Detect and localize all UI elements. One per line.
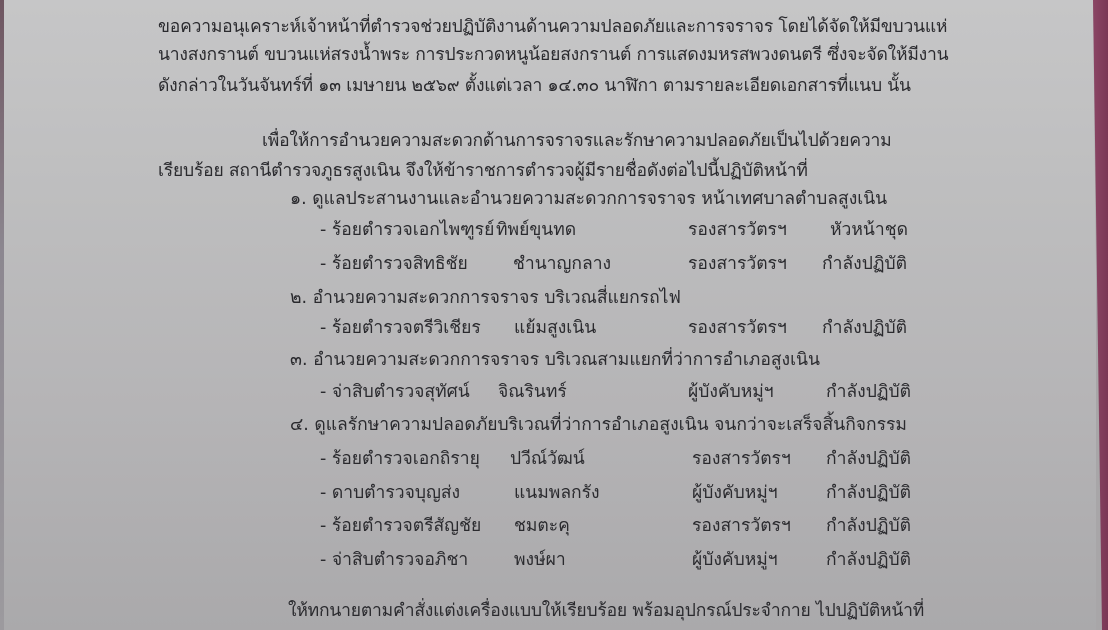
photo-left-edge: [0, 0, 4, 630]
closing-instruction: ให้ทกนายตามคำสั่งแต่งเครื่องแบบให้เรียบร…: [288, 600, 924, 622]
officer-rank-name: - ร้อยตำรวจตรีวิเชียร: [320, 317, 481, 339]
officer-duty: กำลังปฏิบัติ: [822, 253, 907, 275]
officer-rank-name: - ร้อยตำรวจตรีสัญชัย: [320, 515, 481, 537]
officer-surname: ปวีณ์วัฒน์: [510, 448, 585, 470]
officer-duty: หัวหน้าชุด: [830, 219, 908, 241]
section-2: ๒. อำนวยความสะดวกการจราจร บริเวณสี่แยกรถ…: [290, 287, 681, 309]
paragraph1-line3: ดังกล่าวในวันจันทร์ที่ ๑๓ เมษายน ๒๕๖๙ ตั…: [158, 75, 911, 97]
paragraph2-line1: เพื่อให้การอำนวยความสะดวกด้านการจราจรและ…: [262, 130, 891, 152]
officer-rank-name: - ดาบตำรวจบุญส่ง: [320, 482, 460, 504]
officer-surname: จิณรินทร์: [498, 381, 567, 403]
officer-position: รองสารวัตรฯ: [692, 515, 791, 537]
section-title: ๔. ดูแลรักษาความปลอดภัยบริเวณที่ว่าการอำ…: [290, 414, 907, 436]
section-title: ๒. อำนวยความสะดวกการจราจร บริเวณสี่แยกรถ…: [290, 287, 681, 309]
officer-surname: แนมพลกรัง: [514, 482, 600, 504]
officer-surname: แย้มสูงเนิน: [514, 317, 596, 339]
officer-surname: พงษ์ผา: [514, 549, 566, 571]
officer-position: รองสารวัตรฯ: [688, 253, 787, 275]
officer-rank-name: - ร้อยตำรวจสิทธิชัย: [320, 253, 468, 275]
paragraph1-line2: นางสงกรานต์ ขบวนแห่สรงน้ำพระ การประกวดหน…: [158, 44, 948, 66]
officer-position: รองสารวัตรฯ: [688, 219, 787, 241]
section-1: ๑. ดูแลประสานงานและอำนวยความสะดวกการจราจ…: [290, 188, 887, 210]
officer-position: รองสารวัตรฯ: [688, 317, 787, 339]
section-title: ๓. อำนวยความสะดวกการจราจร บริเวณสามแยกที…: [290, 349, 820, 371]
paragraph1-line1: ขอความอนุเคราะห์เจ้าหน้าที่ตำรวจช่วยปฏิบ…: [158, 16, 947, 38]
officer-duty: กำลังปฏิบัติ: [826, 381, 911, 403]
section-title: ๑. ดูแลประสานงานและอำนวยความสะดวกการจราจ…: [290, 188, 887, 210]
officer-surname: ทิพย์ขุนทด: [496, 219, 576, 241]
officer-rank-name: - ร้อยตำรวจเอกไพฑูรย์: [320, 219, 494, 241]
officer-position: ผู้บังคับหมู่ฯ: [692, 549, 778, 571]
section-4: ๔. ดูแลรักษาความปลอดภัยบริเวณที่ว่าการอำ…: [290, 414, 907, 436]
officer-surname: ชำนาญกลาง: [513, 253, 611, 275]
officer-surname: ชมตะคุ: [514, 515, 570, 537]
officer-duty: กำลังปฏิบัติ: [822, 317, 907, 339]
officer-position: ผู้บังคับหมู่ฯ: [692, 482, 778, 504]
section-3: ๓. อำนวยความสะดวกการจราจร บริเวณสามแยกที…: [290, 349, 820, 371]
officer-position: รองสารวัตรฯ: [692, 448, 791, 470]
officer-rank-name: - ร้อยตำรวจเอกถิรายุ: [320, 448, 480, 470]
officer-duty: กำลังปฏิบัติ: [826, 515, 911, 537]
officer-duty: กำลังปฏิบัติ: [826, 448, 911, 470]
paragraph2-line2: เรียบร้อย สถานีตำรวจภูธรสูงเนิน จึงให้ข้…: [158, 160, 808, 182]
officer-position: ผู้บังคับหมู่ฯ: [688, 381, 774, 403]
officer-duty: กำลังปฏิบัติ: [826, 549, 911, 571]
officer-duty: กำลังปฏิบัติ: [826, 482, 911, 504]
officer-rank-name: - จ่าสิบตำรวจสุทัศน์: [320, 381, 470, 403]
officer-rank-name: - จ่าสิบตำรวจอภิชา: [320, 549, 468, 571]
